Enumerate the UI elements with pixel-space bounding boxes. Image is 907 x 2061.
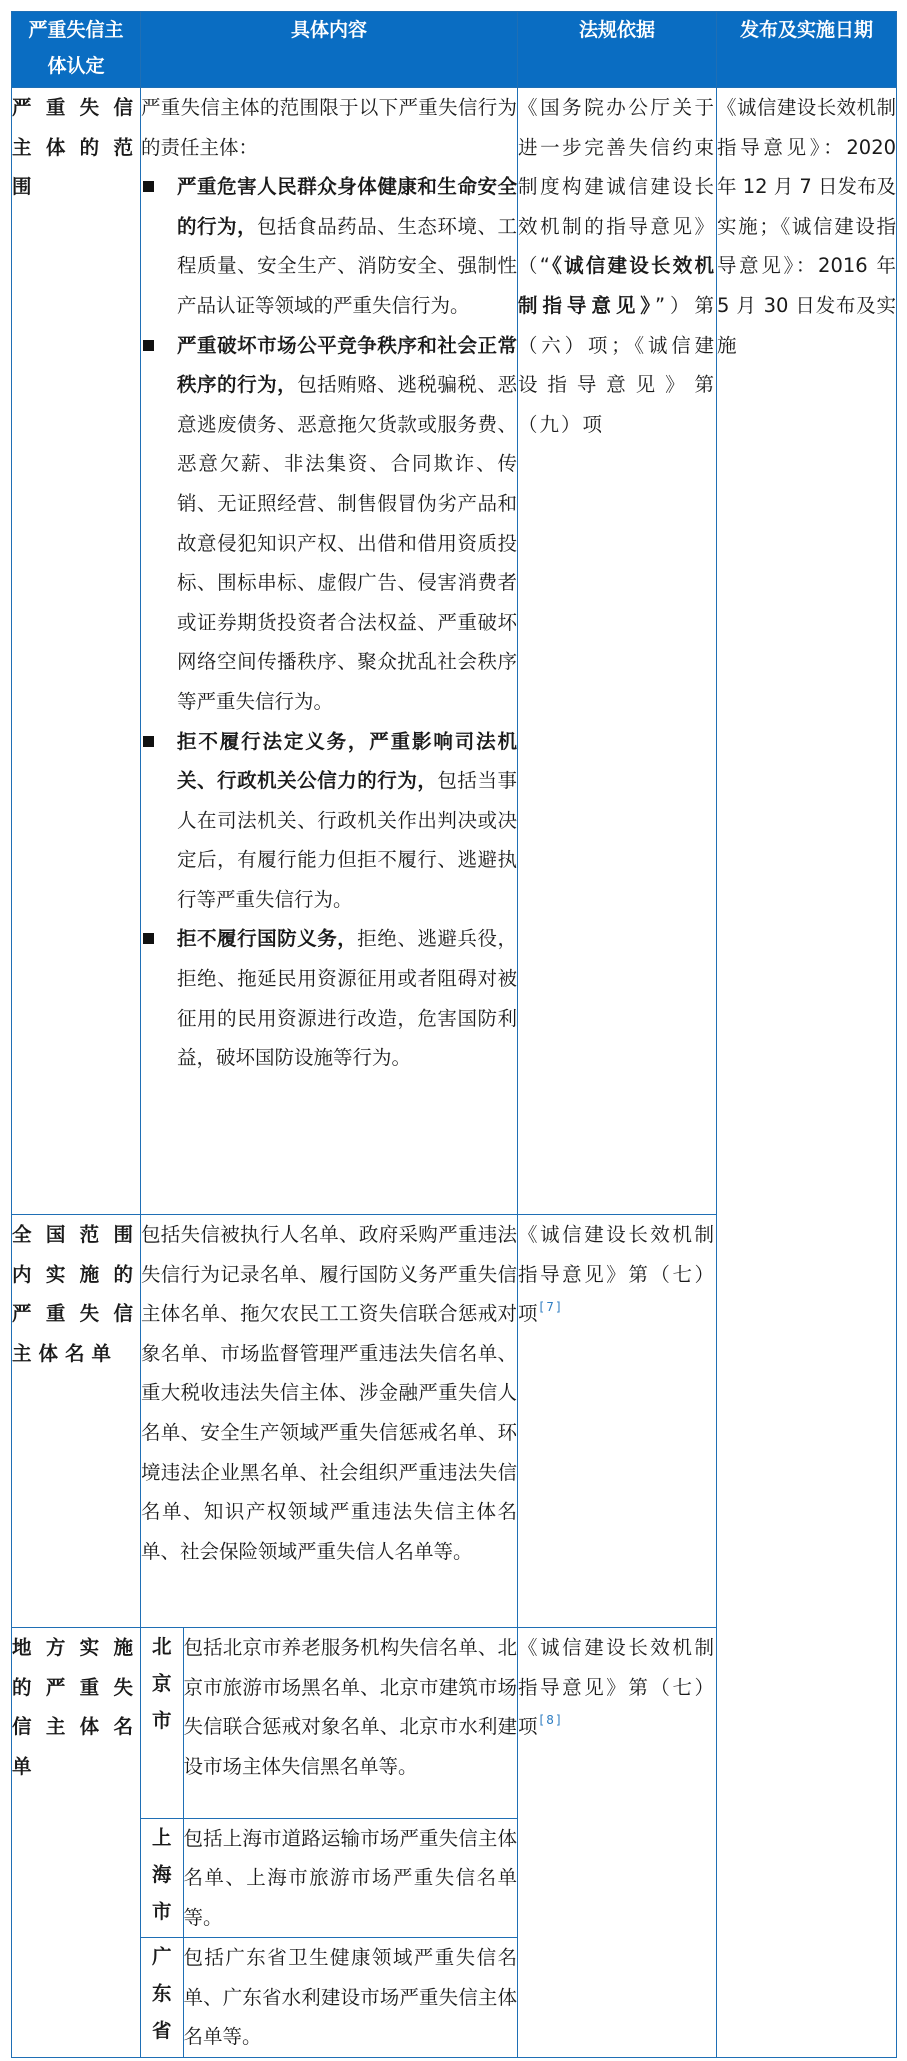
city-content-shanghai: 包括上海市道路运输市场严重失信主体名单、上海市旅游市场严重失信名单等。	[183, 1818, 517, 1938]
city-label-shanghai: 上海市	[141, 1818, 183, 1938]
scope-legal-basis: 《国务院办公厅关于进一步完善失信约束制度构建诚信建设长效机制的指导意见》（“《诚…	[518, 88, 717, 1215]
header-date: 发布及实施日期	[717, 12, 897, 88]
row-label-local: 地方实施的严重失信主体名单	[12, 1628, 141, 2058]
row-label-scope: 严重失信主体的范围	[12, 88, 141, 1215]
local-legal-basis: 《诚信建设长效机制指导意见》第（七）项[8]	[518, 1628, 717, 2058]
bullet-text: 包括贿赂、逃税骗税、恶意逃废债务、恶意拖欠货款或服务费、恶意欠薪、非法集资、合同…	[177, 373, 517, 713]
square-bullet-icon	[143, 933, 154, 944]
row-label-national: 全国范围内实施的严重失信主体名单	[12, 1215, 141, 1628]
list-item: 拒不履行法定义务，严重影响司法机关、行政机关公信力的行为，包括当事人在司法机关、…	[141, 722, 517, 920]
footnote-link-7[interactable]: [7]	[540, 1300, 563, 1314]
city-row-shanghai: 上海市 包括上海市道路运输市场严重失信主体名单、上海市旅游市场严重失信名单等。	[141, 1818, 517, 1938]
credit-subjects-table: 严重失信主体认定 具体内容 法规依据 发布及实施日期 严重失信主体的范围 严重失…	[11, 11, 897, 2058]
city-label-beijing: 北京市	[141, 1628, 183, 1818]
list-item: 严重破坏市场公平竞争秩序和社会正常秩序的行为，包括贿赂、逃税骗税、恶意逃废债务、…	[141, 326, 517, 722]
header-content: 具体内容	[141, 12, 518, 88]
scope-bullet-list: 严重危害人民群众身体健康和生命安全的行为，包括食品药品、生态环境、工程质量、安全…	[141, 167, 517, 1078]
header-legal-basis: 法规依据	[518, 12, 717, 88]
square-bullet-icon	[143, 340, 154, 351]
basis-text: 《国务院办公厅关于进一步完善失信约束制度构建诚信建设长效机制的指导意见》（“	[518, 96, 716, 277]
square-bullet-icon	[143, 736, 154, 747]
city-row-beijing: 北京市 包括北京市养老服务机构失信名单、北京市旅游市场黑名单、北京市建筑市场失信…	[141, 1628, 517, 1818]
local-lists-cell: 北京市 包括北京市养老服务机构失信名单、北京市旅游市场黑名单、北京市建筑市场失信…	[141, 1628, 518, 2058]
city-label-guangdong: 广东省	[141, 1938, 183, 2057]
national-legal-basis: 《诚信建设长效机制指导意见》第（七）项[7]	[518, 1215, 717, 1628]
list-item: 拒不履行国防义务，拒绝、逃避兵役，拒绝、拖延民用资源征用或者阻碍对被征用的民用资…	[141, 919, 517, 1077]
city-lists-table: 北京市 包括北京市养老服务机构失信名单、北京市旅游市场黑名单、北京市建筑市场失信…	[141, 1628, 517, 2057]
footnote-link-8[interactable]: [8]	[540, 1713, 563, 1727]
scope-intro: 严重失信主体的范围限于以下严重失信行为的责任主体：	[141, 88, 517, 167]
city-content-beijing: 包括北京市养老服务机构失信名单、北京市旅游市场黑名单、北京市建筑市场失信联合惩戒…	[183, 1628, 517, 1818]
table-header-row: 严重失信主体认定 具体内容 法规依据 发布及实施日期	[12, 12, 897, 88]
header-identification: 严重失信主体认定	[12, 12, 141, 88]
bullet-heading: 拒不履行国防义务，	[177, 927, 357, 950]
national-lists-content: 包括失信被执行人名单、政府采购严重违法失信行为记录名单、履行国防义务严重失信主体…	[141, 1215, 518, 1628]
scope-content: 严重失信主体的范围限于以下严重失信行为的责任主体： 严重危害人民群众身体健康和生…	[141, 88, 518, 1215]
city-content-guangdong: 包括广东省卫生健康领域严重失信名单、广东省水利建设市场严重失信主体名单等。	[183, 1938, 517, 2057]
list-item: 严重危害人民群众身体健康和生命安全的行为，包括食品药品、生态环境、工程质量、安全…	[141, 167, 517, 325]
table-row-scope: 严重失信主体的范围 严重失信主体的范围限于以下严重失信行为的责任主体： 严重危害…	[12, 88, 897, 1215]
square-bullet-icon	[143, 181, 154, 192]
release-date-cell: 《诚信建设长效机制指导意见》：2020 年 12 月 7 日发布及实施；《诚信建…	[717, 88, 897, 2058]
city-row-guangdong: 广东省 包括广东省卫生健康领域严重失信名单、广东省水利建设市场严重失信主体名单等…	[141, 1938, 517, 2057]
